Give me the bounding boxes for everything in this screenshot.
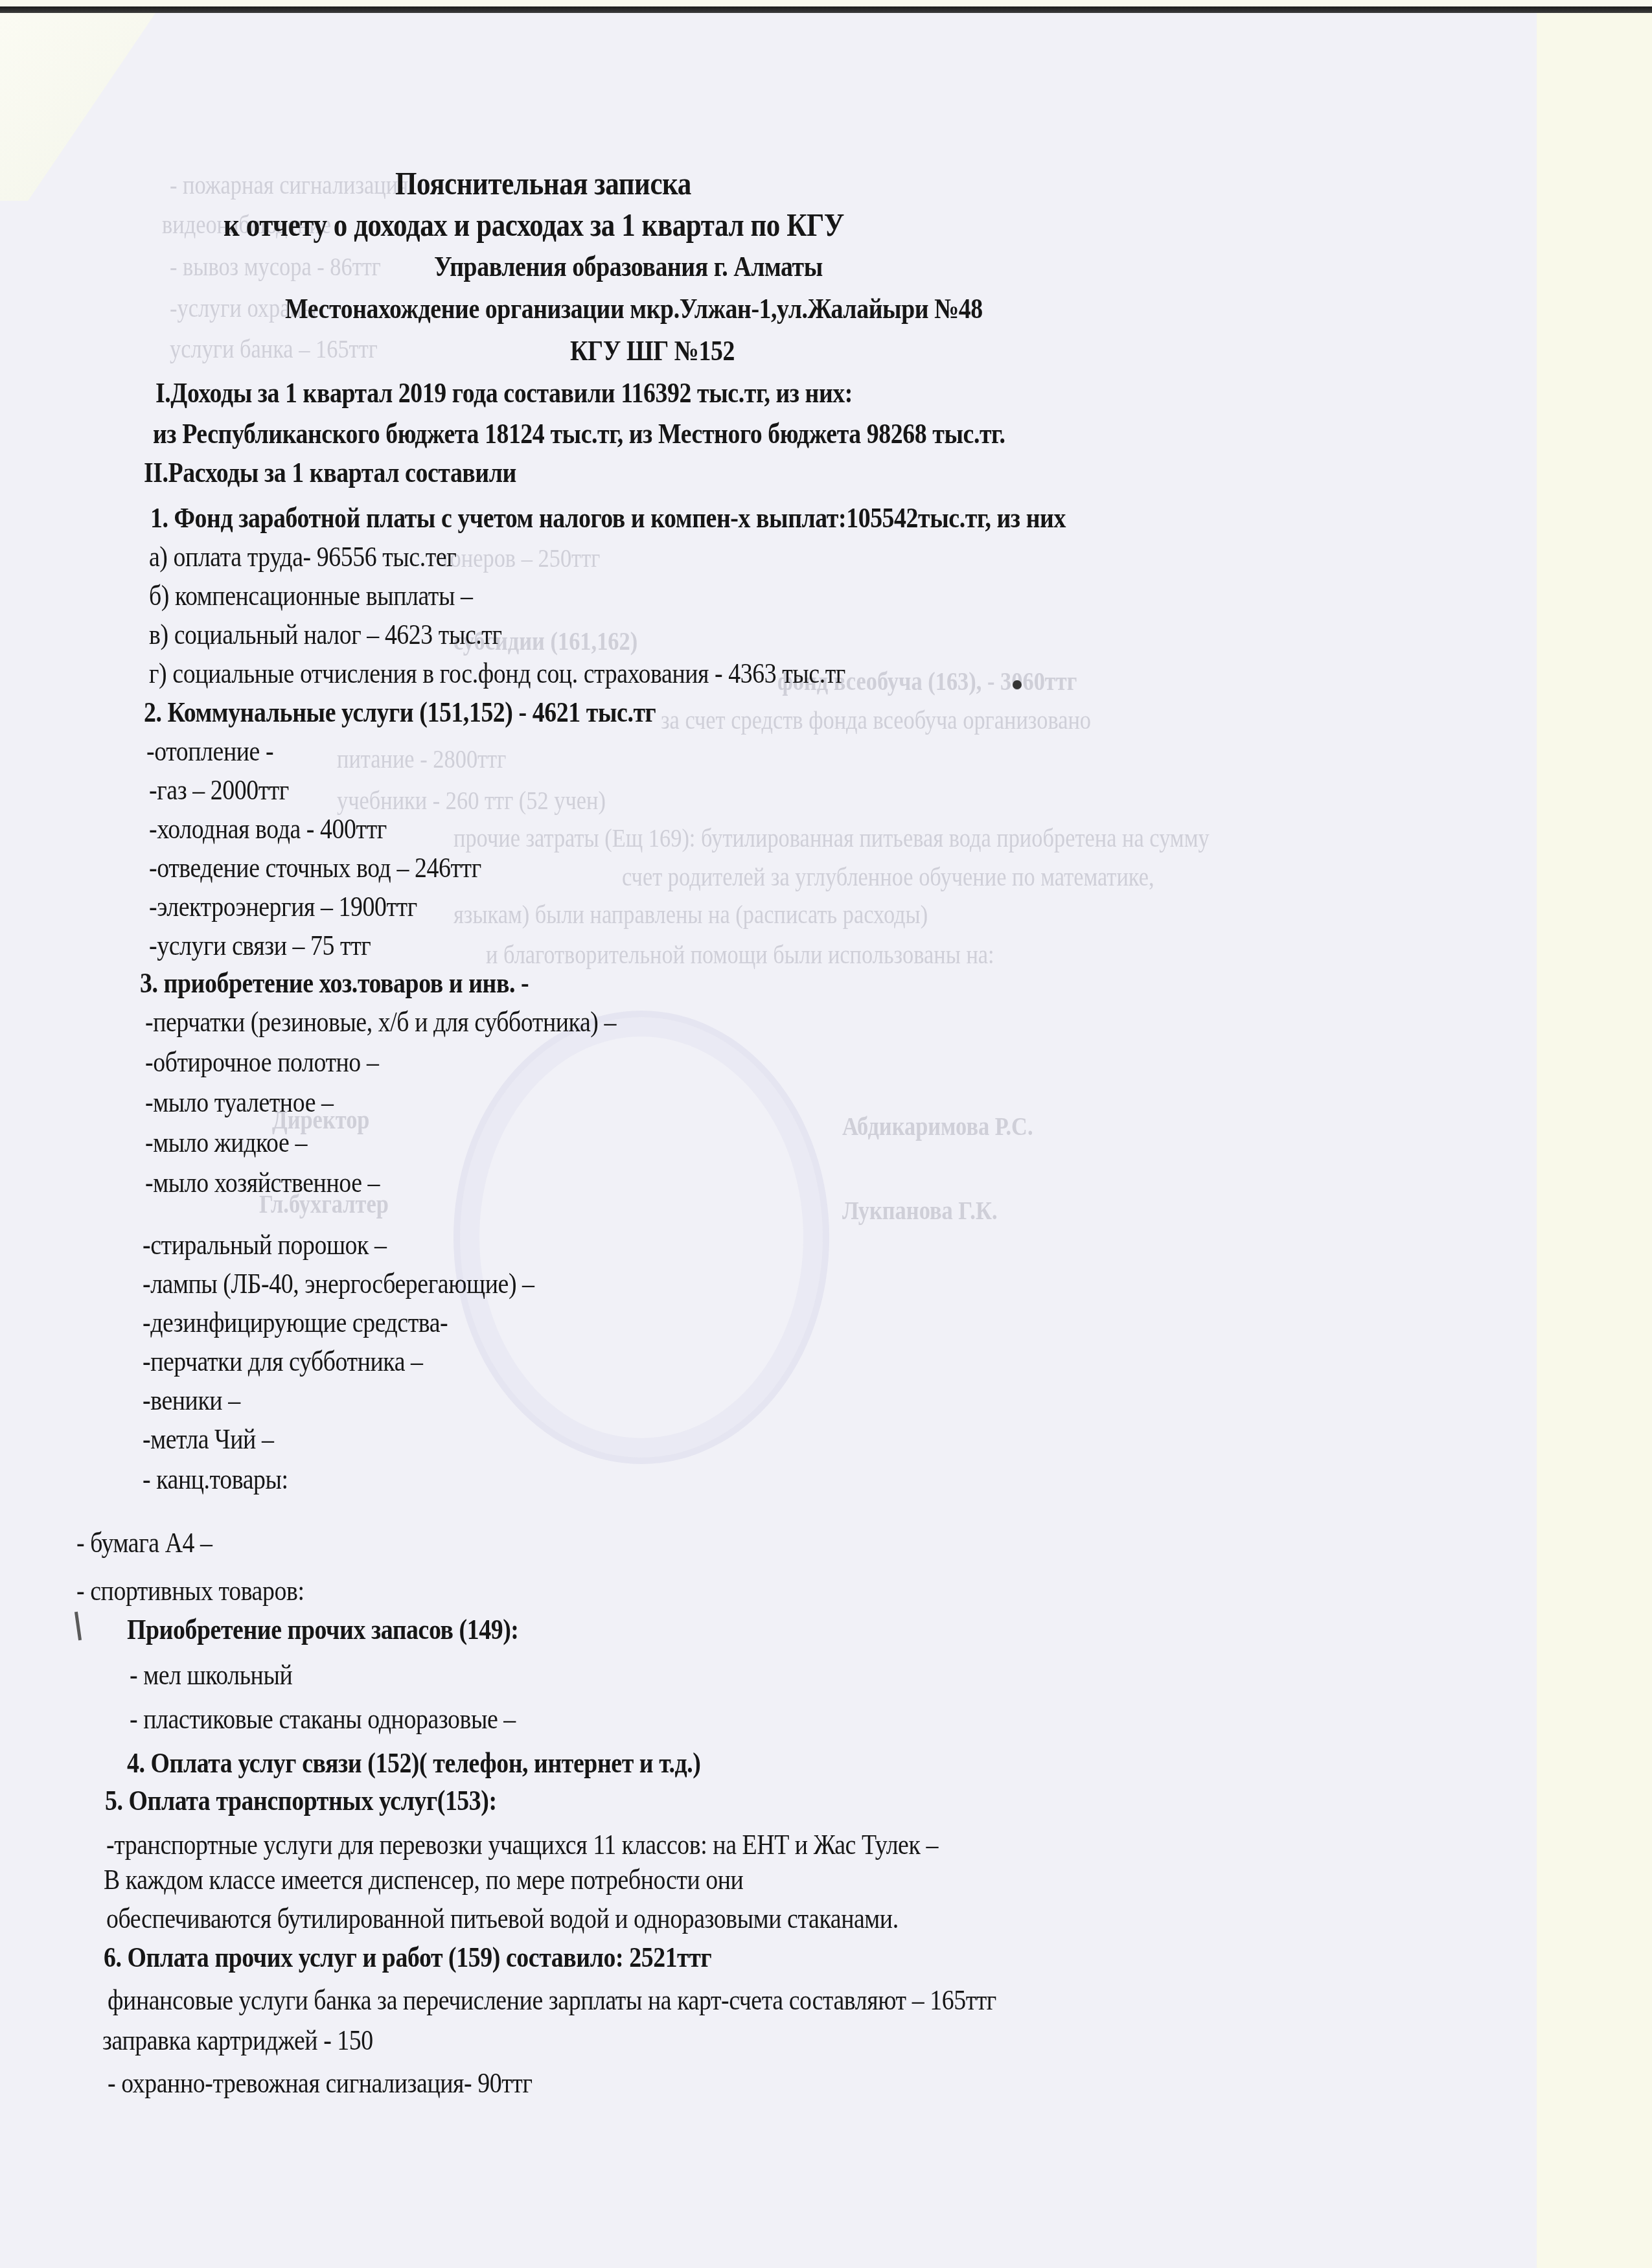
utilities-item: -газ – 2000ттг	[149, 776, 289, 805]
communication-heading: 4. Оплата услуг связи (152)( телефон, ин…	[127, 1749, 701, 1778]
institution-name: КГУ ШГ №152	[570, 337, 735, 365]
payroll-heading: 1. Фонд заработной платы с учетом налого…	[150, 504, 1066, 533]
other-services-item: - охранно-тревожная сигнализация- 90ттг	[108, 2069, 533, 2098]
paper-edge	[1537, 13, 1652, 2268]
transport-item: обеспечиваются бутилированной питьевой в…	[106, 1905, 899, 1933]
transport-heading: 5. Оплата транспортных услуг(153):	[105, 1787, 497, 1815]
ghost-line: тонеров – 250ттг	[441, 543, 600, 573]
other-stock-heading: Приобретение прочих запасов (149):	[127, 1616, 518, 1644]
other-services-heading: 6. Оплата прочих услуг и работ (159) сос…	[104, 1943, 711, 1972]
household-item: -дезинфицирующие средства-	[143, 1309, 448, 1337]
utilities-heading: 2. Коммунальные услуги (151,152) - 4621 …	[144, 698, 656, 727]
ghost-line: - пожарная сигнализация	[170, 170, 408, 200]
household-item: -мыло туалетное –	[145, 1088, 334, 1117]
household-item: -метла Чий –	[143, 1425, 273, 1454]
ghost-signature-name: Лукпанова Г.К.	[842, 1195, 998, 1226]
expenses-heading: II.Расходы за 1 квартал составили	[144, 459, 516, 487]
organization-name: Управления образования г. Алматы	[434, 253, 823, 281]
household-item: - бумага А4 –	[76, 1529, 212, 1557]
payroll-item: а) оплата труда- 96556 тыс.тег	[149, 543, 456, 571]
household-item: -лампы (ЛБ-40, энергосберегающие) –	[143, 1270, 534, 1298]
other-stock-item: - пластиковые стаканы одноразовые –	[130, 1705, 516, 1734]
ghost-line: услуги банка – 165ттг	[170, 334, 378, 364]
ghost-line: - вывоз мусора - 86ттг	[170, 251, 381, 282]
ghost-line: учебники - 260 ттг (52 учен)	[337, 785, 606, 816]
household-item: -мыло хозяйственное –	[145, 1169, 380, 1197]
household-heading: 3. приобретение хоз.товаров и инв. -	[140, 969, 529, 998]
ghost-line: за счет средств фонда всеобуча организов…	[661, 705, 1091, 735]
utilities-item: -электроэнергия – 1900ттг	[149, 893, 417, 921]
payroll-item: в) социальный налог – 4623 тыс.тг	[149, 621, 502, 649]
household-item: - канц.товары:	[143, 1465, 288, 1494]
utilities-item: -отопление -	[146, 737, 273, 766]
household-item: -мыло жидкое –	[145, 1128, 307, 1157]
other-services-item: финансовые услуги банка за перечисление …	[108, 1986, 996, 2015]
household-item: -стиральный порошок –	[143, 1231, 387, 1259]
income-heading: I.Доходы за 1 квартал 2019 года составил…	[155, 379, 853, 407]
household-item: -перчатки для субботника –	[143, 1347, 423, 1376]
other-services-item: заправка картриджей - 150	[102, 2026, 373, 2055]
utilities-item: -холодная вода - 400ттг	[149, 815, 387, 843]
payroll-item: г) социальные отчисления в гос.фонд соц.…	[149, 659, 845, 688]
ghost-line: языкам) были направлены на (расписать ра…	[453, 899, 928, 930]
ghost-signature-name: Абдикаримова Р.С.	[842, 1111, 1033, 1141]
organization-location: Местонахождение организации мкр.Улжан-1,…	[285, 295, 983, 323]
utilities-item: -услуги связи – 75 ттг	[149, 932, 371, 960]
income-sources: из Республиканского бюджета 18124 тыс.тг…	[153, 420, 1005, 448]
ink-dot	[1013, 680, 1022, 689]
household-item: - спортивных товаров:	[76, 1577, 304, 1605]
ghost-line: счет родителей за углубленное обучение п…	[622, 862, 1154, 892]
transport-item: В каждом классе имеется диспенсер, по ме…	[104, 1866, 743, 1894]
other-stock-item: - мел школьный	[130, 1661, 292, 1690]
document-title: Пояснительная записка	[395, 167, 691, 200]
transport-item: -транспортные услуги для перевозки учащи…	[106, 1831, 938, 1859]
ghost-line: и благотворительной помощи были использо…	[486, 939, 994, 970]
ghost-line: прочие затраты (Ещ 169): бутилированная …	[453, 823, 1210, 853]
household-item: -обтирочное полотно –	[145, 1048, 378, 1077]
household-item: -веники –	[143, 1386, 240, 1415]
ghost-line: питание - 2800ттг	[337, 744, 506, 774]
utilities-item: -отведение сточных вод – 246ттг	[149, 854, 481, 882]
household-item: -перчатки (резиновые, х/б и для субботни…	[145, 1008, 616, 1037]
payroll-item: б) компенсационные выплаты –	[149, 582, 472, 610]
ghost-stamp	[453, 1011, 829, 1464]
document-subtitle: к отчету о доходах и расходах за 1 кварт…	[224, 209, 844, 241]
